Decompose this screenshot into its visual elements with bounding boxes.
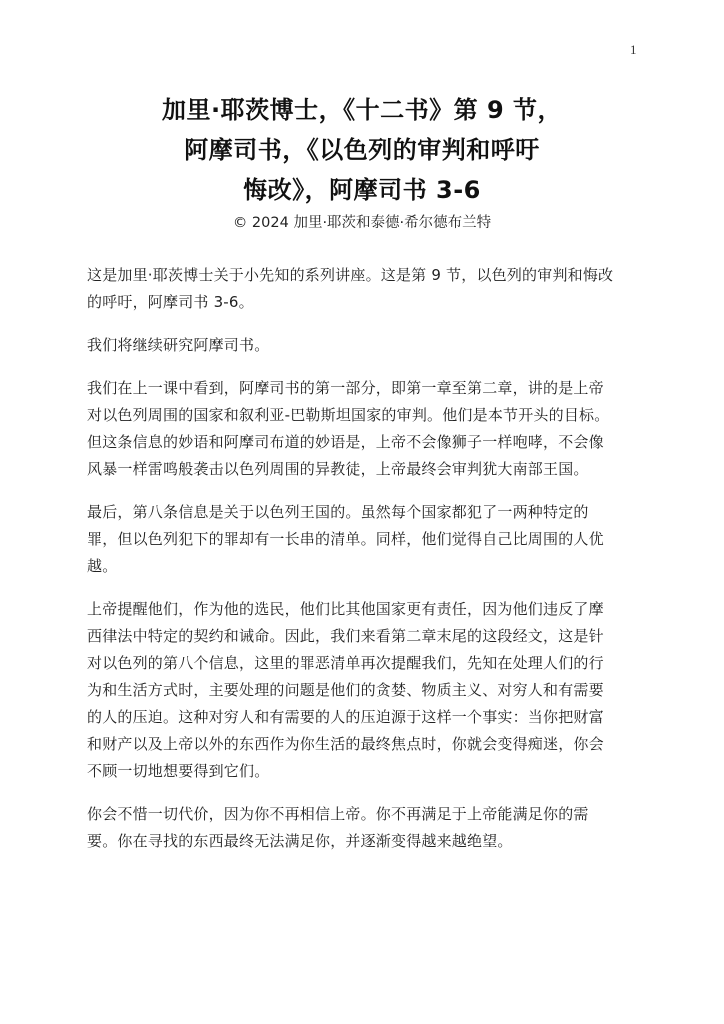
document-title-block: 加里·耶茨博士，《十二书》第 9 节， 阿摩司书，《以色列的审判和呼吁 悔改》，… (0, 90, 724, 234)
text-line: 为和生活方式时，主要处理的问题是他们的贪婪、物质主义、对穷人和有需要 (87, 677, 647, 704)
title-line-3: 悔改》，阿摩司书 3-6 (0, 170, 724, 210)
title-line-1: 加里·耶茨博士，《十二书》第 9 节， (0, 90, 724, 130)
page-number: 1 (630, 42, 637, 58)
text-line: 对以色列周围的国家和叙利亚-巴勒斯坦国家的审判。他们是本节开头的目标。 (87, 402, 647, 429)
text-line: 和财产以及上帝以外的东西作为你生活的最终焦点时，你就会变得痴迷，你会 (87, 731, 647, 758)
text-line: 我们在上一课中看到，阿摩司书的第一部分，即第一章至第二章，讲的是上帝 (87, 375, 647, 402)
title-line-2: 阿摩司书，《以色列的审判和呼吁 (0, 130, 724, 170)
text-line: 对以色列的第八个信息，这里的罪恶清单再次提醒我们，先知在处理人们的行 (87, 650, 647, 677)
document-body: 这是加里·耶茨博士关于小先知的系列讲座。这是第 9 节，以色列的审判和悔改 的呼… (87, 262, 647, 871)
copyright-notice: © 2024 加里·耶茨和泰德·希尔德布兰特 (0, 212, 724, 234)
text-line: 最后，第八条信息是关于以色列王国的。虽然每个国家都犯了一两种特定的 (87, 499, 647, 526)
text-line: 的人的压迫。这种对穷人和有需要的人的压迫源于这样一个事实：当你把财富 (87, 704, 647, 731)
text-line: 要。你在寻找的东西最终无法满足你，并逐渐变得越来越绝望。 (87, 828, 647, 855)
text-line: 不顾一切地想要得到它们。 (87, 758, 647, 785)
text-line: 的呼吁，阿摩司书 3-6。 (87, 289, 647, 316)
text-line: 风暴一样雷鸣般袭击以色列周围的异教徒，上帝最终会审判犹大南部王国。 (87, 456, 647, 483)
text-line: 上帝提醒他们，作为他的选民，他们比其他国家更有责任，因为他们违反了摩 (87, 596, 647, 623)
text-line: 越。 (87, 553, 647, 580)
paragraph-at-any-cost: 你会不惜一切代价，因为你不再相信上帝。你不再满足于上帝能满足你的需 要。你在寻找… (87, 801, 647, 855)
text-line: 这是加里·耶茨博士关于小先知的系列讲座。这是第 9 节，以色列的审判和悔改 (87, 262, 647, 289)
paragraph-intro: 这是加里·耶茨博士关于小先知的系列讲座。这是第 9 节，以色列的审判和悔改 的呼… (87, 262, 647, 316)
text-line: 但这条信息的妙语和阿摩司布道的妙语是，上帝不会像狮子一样咆哮，不会像 (87, 429, 647, 456)
text-line: 罪，但以色列犯下的罪却有一长串的清单。同样，他们觉得自己比周围的人优 (87, 526, 647, 553)
paragraph-previous-lesson: 我们在上一课中看到，阿摩司书的第一部分，即第一章至第二章，讲的是上帝 对以色列周… (87, 375, 647, 483)
paragraph-continue: 我们将继续研究阿摩司书。 (87, 332, 647, 359)
text-line: 西律法中特定的契约和诫命。因此，我们来看第二章末尾的这段经文，这是针 (87, 623, 647, 650)
text-line: 你会不惜一切代价，因为你不再相信上帝。你不再满足于上帝能满足你的需 (87, 801, 647, 828)
paragraph-eighth-message: 最后，第八条信息是关于以色列王国的。虽然每个国家都犯了一两种特定的 罪，但以色列… (87, 499, 647, 580)
paragraph-god-reminds: 上帝提醒他们，作为他的选民，他们比其他国家更有责任，因为他们违反了摩 西律法中特… (87, 596, 647, 785)
text-line: 我们将继续研究阿摩司书。 (87, 332, 647, 359)
